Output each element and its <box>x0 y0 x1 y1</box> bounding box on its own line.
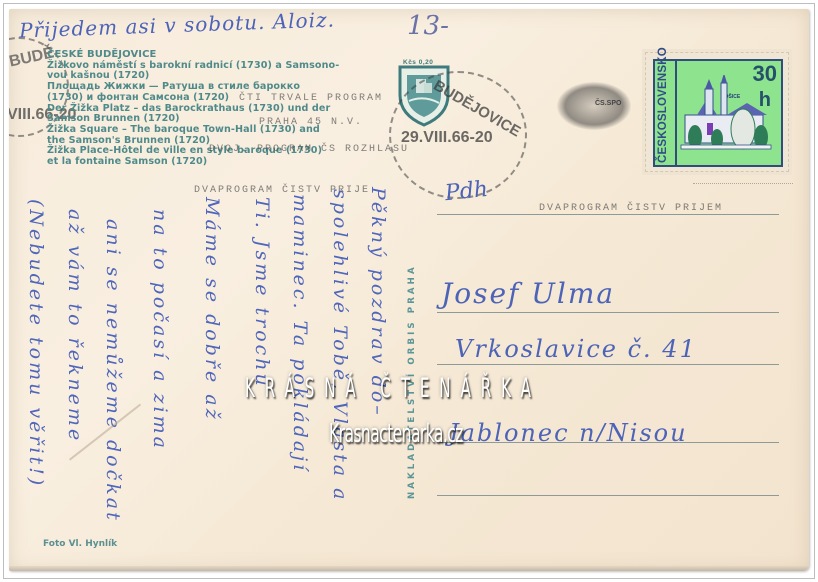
message-column: ani se nemůžeme dočkat <box>102 219 124 523</box>
slogan-postmark-label: ČS.SPO <box>595 100 621 107</box>
handwritten-post-office-note: Pdh <box>444 177 489 206</box>
watermark-title: KRÁSNÁ ČTENÁŘKA <box>245 373 541 404</box>
postcard: BUDĚ VIII.66-20 ČESKÉ BUDĚJOVICE Žižkovo… <box>9 9 809 571</box>
address-street: Vrkoslavice č. 41 <box>455 335 697 363</box>
stamp-country-band: ČESKOSLOVENSKO <box>655 61 677 165</box>
machine-cancel-line: DVOJ. PROGRAM ČS ROZHLASU <box>209 144 409 155</box>
machine-cancel-line: ČTI TRVALE PROGRAM <box>239 93 383 104</box>
postage-stamp: ČESKOSLOVENSKO 30 h KOŠICE <box>645 52 789 172</box>
address-machine-cancel: DVAPROGRAM ČISTV PRIJEM <box>539 203 723 214</box>
slogan-postmark: ČS.SPO <box>557 82 631 130</box>
message-column: Máme se dobře až <box>201 197 223 422</box>
handwritten-top-note: Přijedem asi v sobotu. Aloiz. <box>19 9 336 43</box>
message-column: spolehlivé Tobě, Vlasta a <box>329 189 351 502</box>
publisher-imprint: NAKLADATELSTVÍ ORBIS PRAHA <box>407 199 419 499</box>
address-line <box>437 312 779 313</box>
address-line <box>437 364 779 365</box>
handwritten-price: 13- <box>407 11 449 41</box>
address-name: Josef Ulma <box>441 277 615 310</box>
round-postmark-date: 29.VIII.66-20 <box>401 129 493 147</box>
address-line <box>437 442 779 443</box>
caption-line: et la fontaine Samson (1720) <box>47 157 377 168</box>
stamp-guide-line <box>693 183 793 184</box>
machine-cancel-line: PRAHA 45 N.V. <box>259 117 363 128</box>
stamp-design: ČESKOSLOVENSKO 30 h KOŠICE <box>653 59 783 167</box>
address-line <box>437 214 779 215</box>
message-column: na to počasí a zima <box>149 209 171 451</box>
kosice-cathedral-icon <box>677 75 777 155</box>
photo-credit: Foto Vl. Hynlík <box>43 539 117 549</box>
message-column: maminec. Ta pokládají <box>289 194 311 473</box>
watermark-url: Krasnactenarka.cz <box>329 419 463 449</box>
stamp-country: ČESKOSLOVENSKO <box>657 47 669 163</box>
message-column: (Nebudete tomu věřit!) <box>25 199 47 488</box>
message-column: až vám to řekneme <box>64 209 86 443</box>
message-column: Ti. Jsme trochu <box>251 197 273 389</box>
address-line <box>437 495 779 496</box>
